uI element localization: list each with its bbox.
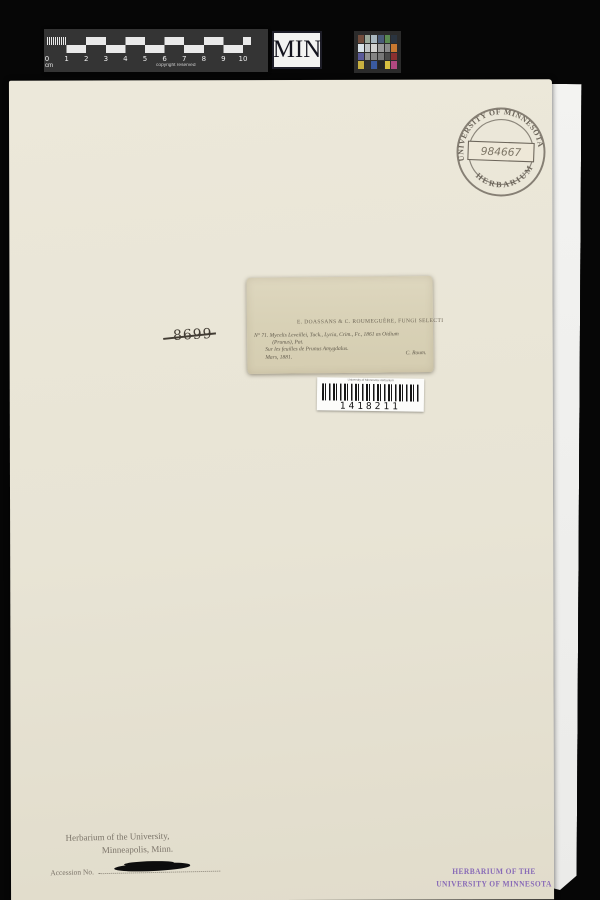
color-patch — [358, 44, 364, 52]
barcode-number: 1418211 — [317, 400, 424, 411]
scale-bar-check-row-top — [47, 37, 251, 45]
barcode-label: University of Minnesota Herbarium 141821… — [317, 377, 424, 411]
color-patch — [371, 53, 377, 61]
color-patch — [378, 53, 384, 61]
scale-number: 8 — [202, 55, 206, 63]
color-checker — [354, 31, 401, 73]
purple-stamp-line-2: UNIVERSITY OF MINNESOTA — [433, 878, 555, 891]
scale-number: 9 — [221, 55, 225, 63]
purple-stamp-line-1: HERBARIUM OF THE — [433, 865, 555, 878]
scale-number: 7 — [182, 55, 186, 63]
footer-imprint: Herbarium of the University, Minneapolis… — [49, 829, 260, 889]
color-patch — [358, 61, 364, 69]
stamp-center-number: 984667 — [481, 145, 522, 159]
scale-number: 2 — [84, 55, 88, 63]
color-patch — [365, 53, 371, 61]
svg-text:HERBARIUM: HERBARIUM — [473, 161, 538, 194]
institution-code-label: MIN — [273, 36, 322, 64]
color-patch — [391, 61, 397, 69]
purple-stamp: HERBARIUM OF THE UNIVERSITY OF MINNESOTA — [433, 865, 555, 890]
color-patch — [385, 61, 391, 69]
color-patch — [391, 35, 397, 43]
scale-number: 4 — [123, 55, 127, 63]
scale-number: 10 — [239, 55, 248, 63]
label-signature: C. Roum. — [406, 350, 427, 356]
color-patch — [358, 53, 364, 61]
color-patch — [371, 44, 377, 52]
color-patch — [391, 44, 397, 52]
color-patch — [358, 35, 364, 43]
barcode-bars — [322, 383, 419, 401]
scale-bar-mm-hatch — [47, 37, 67, 45]
color-patch — [365, 61, 371, 69]
scale-number: 6 — [162, 55, 166, 63]
scale-number: 3 — [104, 55, 108, 63]
color-patch — [385, 53, 391, 61]
scale-bar-check-row-bottom — [47, 45, 251, 53]
color-patch — [385, 44, 391, 52]
scale-numbers: 012345678910 — [47, 55, 257, 64]
scale-number: 1 — [64, 55, 68, 63]
institution-code-box: MIN — [272, 31, 322, 69]
scale-bar-checks — [47, 37, 251, 53]
scale-number: 5 — [143, 55, 147, 63]
stamp-bottom-text: HERBARIUM — [473, 161, 538, 194]
accession-label: Accession No. — [50, 867, 94, 877]
label-series-header: E. DOASSANS & C. ROUMEGUÈRE, FUNGI SELEC… — [297, 318, 444, 326]
color-patch — [371, 61, 377, 69]
color-patch — [378, 35, 384, 43]
scale-bar: 012345678910 cm copyright reserved — [44, 29, 268, 72]
color-patch — [365, 44, 371, 52]
specimen-label: E. DOASSANS & C. ROUMEGUÈRE, FUNGI SELEC… — [247, 276, 434, 374]
color-patch — [378, 61, 384, 69]
crossed-out-number: 8699 — [173, 326, 213, 344]
color-patch — [391, 53, 397, 61]
color-patch — [385, 35, 391, 43]
color-patch — [365, 35, 371, 43]
scale-number: 0 — [45, 55, 49, 63]
color-patch — [371, 35, 377, 43]
herbarium-scan: 012345678910 cm copyright reserved MIN U… — [0, 0, 600, 900]
barcode-header-text: University of Minnesota Herbarium — [344, 379, 398, 382]
umn-round-stamp: UNIVERSITY OF MINNESOTA HERBARIUM 984667 — [434, 85, 568, 219]
footer-line-2: Minneapolis, Minn. — [102, 842, 260, 855]
cm-unit-label: cm — [45, 63, 53, 69]
copyright-label: copyright reserved — [156, 63, 195, 68]
color-patch — [378, 44, 384, 52]
label-line-4: Mars, 1881. — [265, 353, 399, 362]
